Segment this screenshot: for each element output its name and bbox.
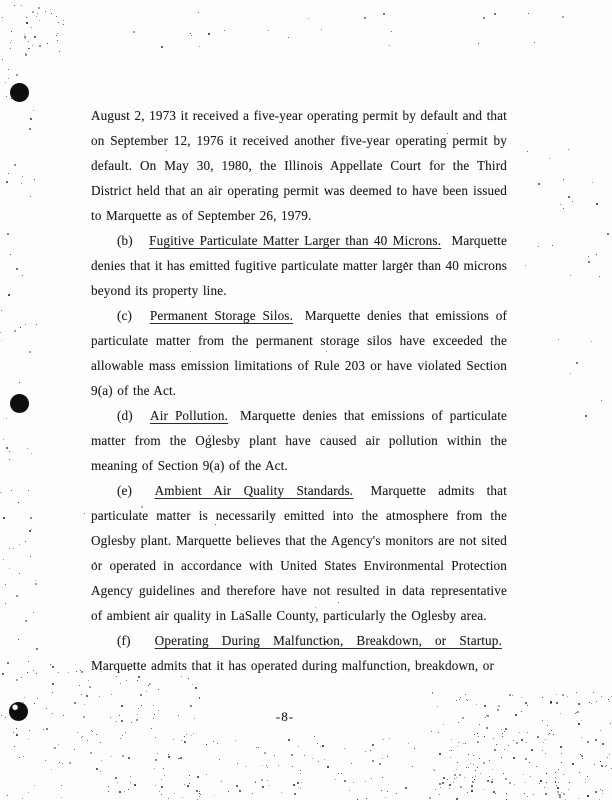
item-body: Marquette admits that it has operated du… [91, 658, 494, 673]
item-paragraph-e: (e) Ambient Air Quality Standards. Marqu… [91, 478, 507, 628]
item-paragraph-f: (f) Operating During Malfunction, Breakd… [91, 628, 507, 678]
item-paragraph-b: (b) Fugitive Particulate Matter Larger t… [91, 228, 507, 303]
item-heading: Operating During Malfunction, Breakdown,… [155, 633, 502, 648]
item-heading: Ambient Air Quality Standards. [155, 483, 354, 498]
document-text-block: August 2, 1973 it received a five-year o… [91, 103, 507, 678]
item-label: (e) [117, 483, 132, 498]
item-body: Marquette admits that particulate matter… [91, 483, 507, 623]
hole-punch-mark-bottom [9, 702, 28, 721]
page-number: -8- [77, 709, 493, 725]
item-label: (f) [117, 633, 131, 648]
item-label: (c) [117, 308, 132, 323]
item-label: (b) [117, 233, 133, 248]
item-label: (d) [117, 408, 133, 423]
item-heading: Air Pollution. [150, 408, 228, 423]
continuation-paragraph: August 2, 1973 it received a five-year o… [91, 103, 507, 228]
item-heading: Permanent Storage Silos. [150, 308, 293, 323]
hole-punch-mark-top [10, 83, 29, 102]
scanned-document-page: August 2, 1973 it received a five-year o… [0, 0, 612, 800]
item-heading: Fugitive Particulate Matter Larger than … [149, 233, 441, 248]
item-paragraph-d: (d) Air Pollution. Marquette denies that… [91, 403, 507, 478]
item-paragraph-c: (c) Permanent Storage Silos. Marquette d… [91, 303, 507, 403]
hole-punch-mark-middle [10, 394, 29, 413]
